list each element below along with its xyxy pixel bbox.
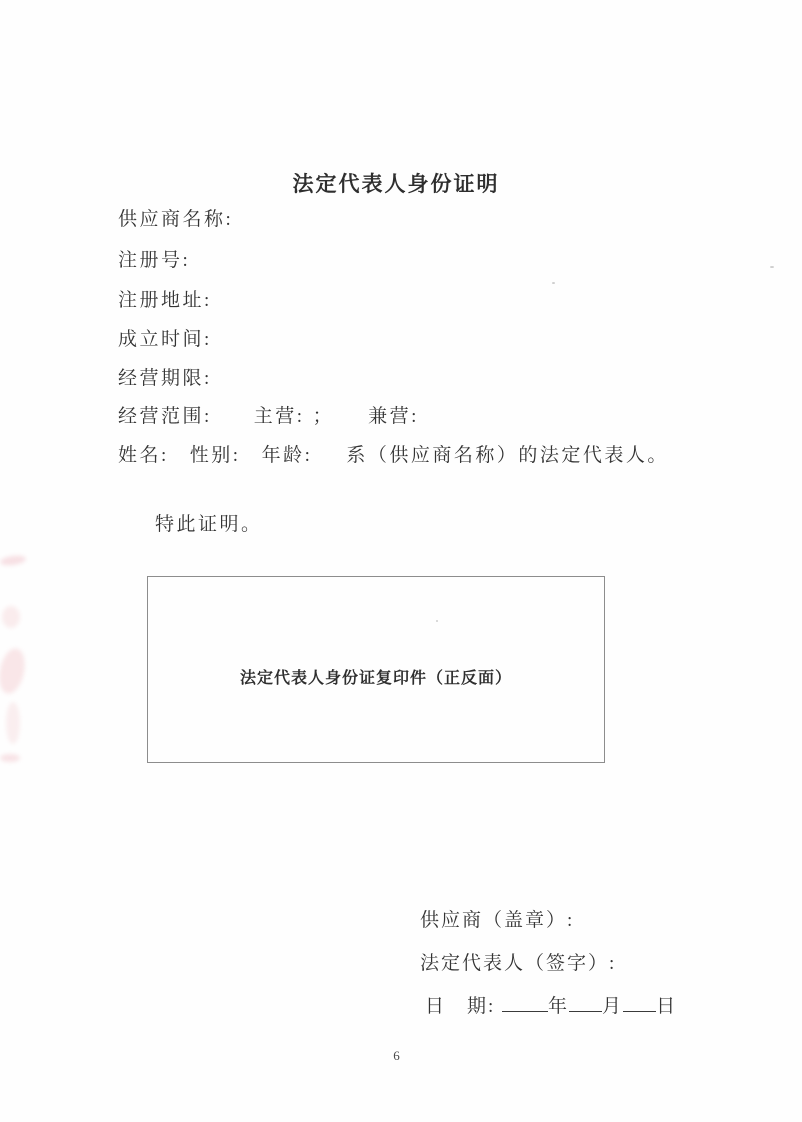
month-label: 月 <box>602 996 623 1017</box>
representative-info-line: 姓名:性别:年龄:系（供应商名称）的法定代表人。 <box>118 440 669 467</box>
person-statement: 系（供应商名称）的法定代表人。 <box>346 445 669 466</box>
business-scope-secondary-label: 兼营: <box>368 406 419 427</box>
date-label: 日 期: <box>425 996 495 1017</box>
scan-artifact <box>0 754 20 762</box>
field-label-establishment-date: 成立时间: <box>118 324 212 351</box>
date-line: 日 期: 年月日 <box>425 991 677 1018</box>
field-label-registration-number: 注册号: <box>118 245 190 272</box>
scan-speck <box>552 282 555 284</box>
id-copy-box-label: 法定代表人身份证复印件（正反面） <box>240 651 512 688</box>
business-scope-line: 经营范围:主营:；兼营: <box>118 401 419 428</box>
supplier-seal-label: 供应商（盖章）: <box>420 905 574 932</box>
business-scope-separator: ； <box>313 406 335 427</box>
document-page: 法定代表人身份证明 供应商名称: 注册号: 注册地址: 成立时间: 经营期限: … <box>0 0 802 1122</box>
person-name-label: 姓名: <box>118 445 169 466</box>
scan-artifact <box>2 606 20 628</box>
field-label-business-scope: 经营范围: <box>118 406 212 427</box>
scan-speck <box>770 266 774 268</box>
day-label: 日 <box>656 996 677 1017</box>
page-title: 法定代表人身份证明 <box>0 168 792 198</box>
field-label-registered-address: 注册地址: <box>118 285 212 312</box>
field-label-supplier-name: 供应商名称: <box>118 204 233 231</box>
scan-artifact <box>0 646 29 696</box>
scan-artifact <box>0 554 26 567</box>
date-month-blank <box>569 992 602 1012</box>
field-label-business-term: 经营期限: <box>118 363 212 390</box>
page-number: 6 <box>0 1048 794 1064</box>
year-label: 年 <box>548 996 569 1017</box>
business-scope-primary-label: 主营: <box>254 406 305 427</box>
date-day-blank <box>623 992 656 1012</box>
representative-signature-label: 法定代表人（签字）: <box>420 948 616 975</box>
declaration-text: 特此证明。 <box>155 509 263 536</box>
date-year-blank <box>502 992 548 1012</box>
person-age-label: 年龄: <box>262 445 313 466</box>
scan-artifact <box>6 702 20 744</box>
person-gender-label: 性别: <box>190 445 241 466</box>
id-copy-placeholder-box: 法定代表人身份证复印件（正反面） <box>147 576 605 763</box>
